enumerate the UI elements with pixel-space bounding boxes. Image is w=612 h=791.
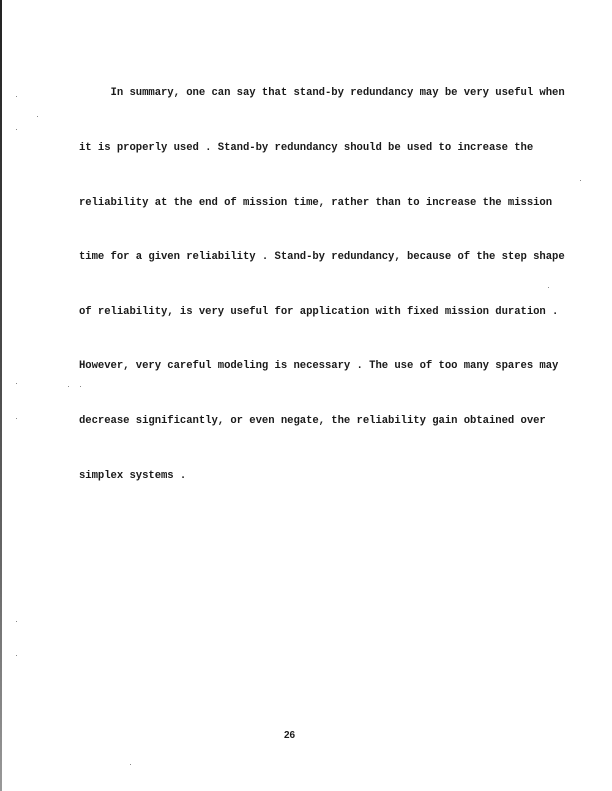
page-number: 26: [284, 730, 295, 741]
scan-speck: [16, 418, 17, 419]
scan-speck: [16, 655, 17, 656]
scan-speck: [416, 308, 417, 309]
scan-speck: [580, 180, 581, 181]
scan-speck: [16, 129, 17, 130]
scan-speck: [37, 116, 38, 117]
paragraph-line: reliability at the end of mission time, …: [79, 194, 579, 212]
scan-speck: [68, 386, 69, 387]
paragraph-line: In summary, one can say that stand-by re…: [79, 84, 579, 102]
scan-speck: [16, 96, 17, 97]
paragraph-line: simplex systems .: [79, 467, 579, 485]
paragraph-line: it is properly used . Stand-by redundanc…: [79, 139, 579, 157]
scan-speck: [16, 383, 17, 384]
scan-speck: [16, 621, 17, 622]
scan-speck: [548, 287, 549, 288]
scan-speck: [130, 764, 131, 765]
scan-page-edge: [0, 0, 2, 791]
scan-speck: [80, 386, 81, 387]
paragraph-line: of reliability, is very useful for appli…: [79, 303, 579, 321]
summary-paragraph: In summary, one can say that stand-by re…: [79, 48, 579, 503]
paragraph-line: time for a given reliability . Stand-by …: [79, 248, 579, 266]
paragraph-line: However, very careful modeling is necess…: [79, 357, 579, 375]
paragraph-line: decrease significantly, or even negate, …: [79, 412, 579, 430]
